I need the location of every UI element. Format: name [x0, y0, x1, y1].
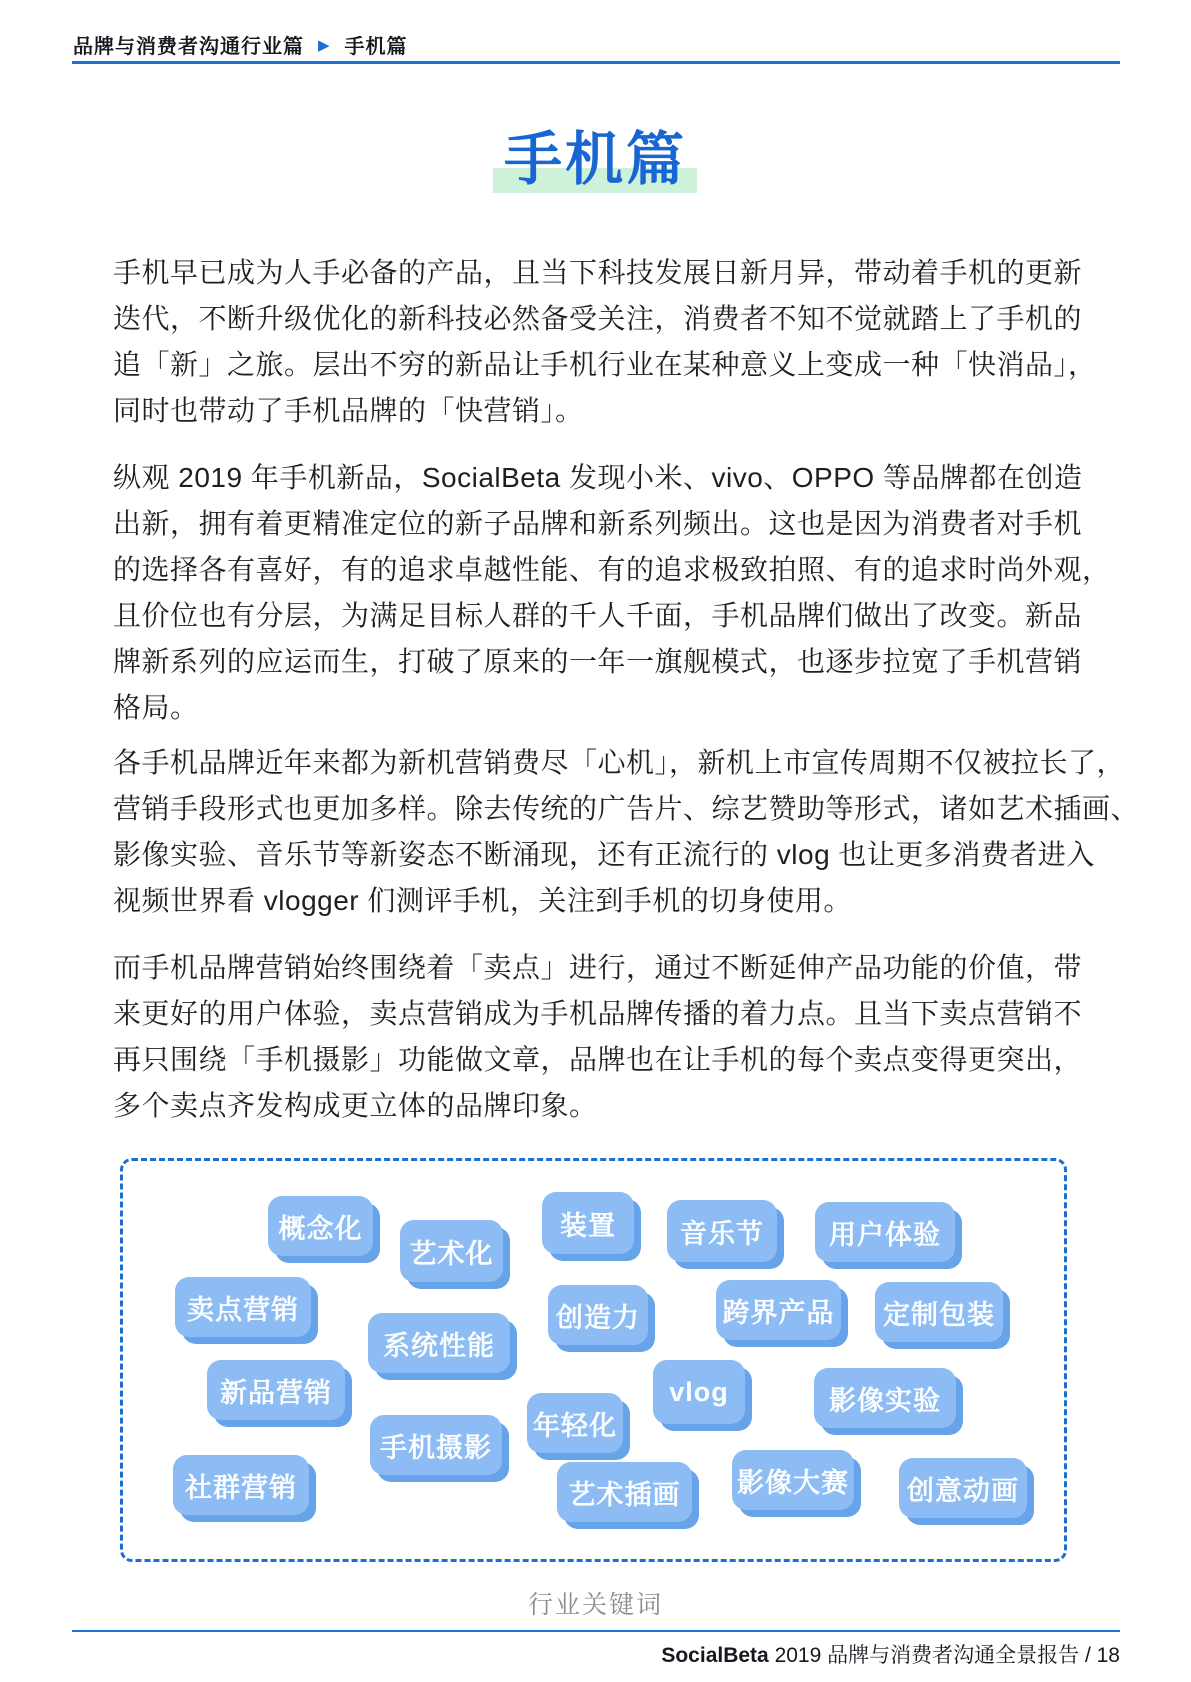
keyword-tag: vlog	[653, 1360, 745, 1424]
keyword-tag: 社群营销	[173, 1455, 309, 1515]
keyword-tag: 年轻化	[527, 1393, 623, 1453]
keyword-tag: 系统性能	[368, 1313, 510, 1373]
body-line: 出新，拥有着更精准定位的新子品牌和新系列频出。这也是因为消费者对手机	[113, 501, 1083, 547]
paragraph-4: 而手机品牌营销始终围绕着「卖点」进行，通过不断延伸产品功能的价值，带 来更好的用…	[113, 945, 1083, 1129]
body-line: 的选择各有喜好，有的追求卓越性能、有的追求极致拍照、有的追求时尚外观，	[113, 547, 1083, 593]
report-page: 品牌与消费者沟通行业篇 ▶ 手机篇 手机篇 手机早已成为人手必备的产品，且当下科…	[0, 0, 1191, 1682]
page-title: 手机篇	[0, 112, 1191, 196]
body-line: 而手机品牌营销始终围绕着「卖点」进行，通过不断延伸产品功能的价值，带	[113, 945, 1083, 991]
keyword-tag: 艺术化	[400, 1220, 503, 1282]
keyword-tag: 影像大赛	[732, 1450, 854, 1510]
footer-brand: SocialBeta	[661, 1644, 768, 1667]
body-line: 营销手段形式也更加多样。除去传统的广告片、综艺赞助等形式，诸如艺术插画、	[113, 786, 1083, 832]
body-line: 追「新」之旅。层出不穷的新品让手机行业在某种意义上变成一种「快消品」，	[113, 342, 1083, 388]
breadcrumb-section: 品牌与消费者沟通行业篇	[73, 30, 304, 59]
body-line: 格局。	[113, 685, 1083, 731]
header-divider	[72, 61, 1120, 64]
keyword-tag: 艺术插画	[557, 1462, 692, 1522]
keyword-tag: 新品营销	[207, 1360, 345, 1420]
paragraph-3: 各手机品牌近年来都为新机营销费尽「心机」，新机上市宣传周期不仅被拉长了， 营销手…	[113, 740, 1083, 924]
keywords-caption: 行业关键词	[0, 1585, 1191, 1621]
keyword-tag: 创意动画	[899, 1458, 1027, 1518]
keyword-tag: 音乐节	[667, 1200, 777, 1262]
body-line: 牌新系列的应运而生，打破了原来的一年一旗舰模式，也逐步拉宽了手机营销	[113, 639, 1083, 685]
breadcrumb-arrow-icon: ▶	[318, 36, 331, 54]
paragraph-2: 纵观 2019 年手机新品，SocialBeta 发现小米、vivo、OPPO …	[113, 455, 1083, 731]
keyword-tag: 用户体验	[815, 1202, 955, 1262]
breadcrumb: 品牌与消费者沟通行业篇 ▶ 手机篇	[73, 30, 408, 59]
footer: SocialBeta 2019 品牌与消费者沟通全景报告 / 18	[661, 1639, 1120, 1669]
paragraph-1: 手机早已成为人手必备的产品，且当下科技发展日新月异，带动着手机的更新 迭代，不断…	[113, 250, 1083, 434]
body-line: 再只围绕「手机摄影」功能做文章，品牌也在让手机的每个卖点变得更突出，	[113, 1037, 1083, 1083]
keyword-tag: 定制包装	[875, 1282, 1003, 1342]
keyword-tag: 创造力	[548, 1285, 648, 1345]
keyword-tag: 装置	[542, 1192, 634, 1254]
footer-report-label: 2019 品牌与消费者沟通全景报告 / 18	[775, 1644, 1120, 1667]
body-line: 来更好的用户体验，卖点营销成为手机品牌传播的着力点。且当下卖点营销不	[113, 991, 1083, 1037]
keyword-tag: 影像实验	[814, 1368, 956, 1428]
body-line: 手机早已成为人手必备的产品，且当下科技发展日新月异，带动着手机的更新	[113, 250, 1083, 296]
keyword-tag: 卖点营销	[175, 1277, 311, 1337]
body-line: 多个卖点齐发构成更立体的品牌印象。	[113, 1083, 1083, 1129]
body-line: 纵观 2019 年手机新品，SocialBeta 发现小米、vivo、OPPO …	[113, 455, 1083, 501]
keyword-tag: 手机摄影	[370, 1415, 502, 1475]
footer-divider	[72, 1630, 1120, 1632]
breadcrumb-current: 手机篇	[345, 30, 408, 59]
body-line: 迭代，不断升级优化的新科技必然备受关注，消费者不知不觉就踏上了手机的	[113, 296, 1083, 342]
body-line: 同时也带动了手机品牌的「快营销」。	[113, 388, 1083, 434]
body-line: 各手机品牌近年来都为新机营销费尽「心机」，新机上市宣传周期不仅被拉长了，	[113, 740, 1083, 786]
keyword-tag: 概念化	[268, 1196, 373, 1256]
keyword-tag: 跨界产品	[716, 1280, 841, 1340]
body-line: 且价位也有分层，为满足目标人群的千人千面，手机品牌们做出了改变。新品	[113, 593, 1083, 639]
body-line: 影像实验、音乐节等新姿态不断涌现，还有正流行的 vlog 也让更多消费者进入	[113, 832, 1083, 878]
body-line: 视频世界看 vlogger 们测评手机，关注到手机的切身使用。	[113, 878, 1083, 924]
